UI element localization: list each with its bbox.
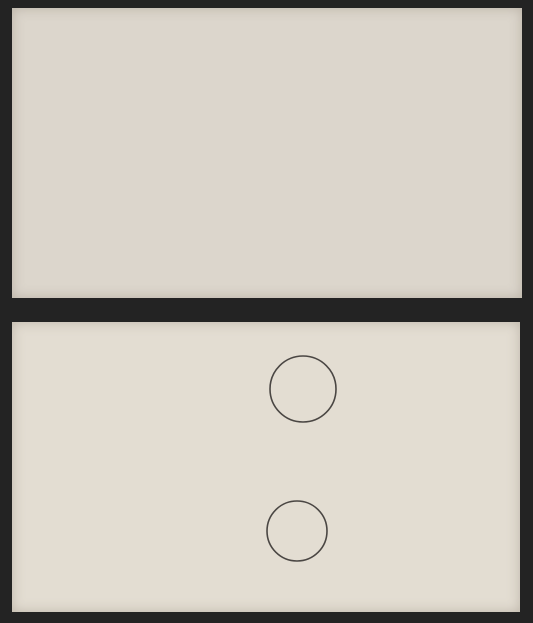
bottom-envelope <box>12 322 520 612</box>
top-envelope-artwork <box>12 8 522 298</box>
toronto-postmark <box>270 356 336 422</box>
bottom-envelope-artwork <box>12 322 520 612</box>
saint-paul-postmark <box>267 501 327 561</box>
top-envelope <box>12 8 522 298</box>
